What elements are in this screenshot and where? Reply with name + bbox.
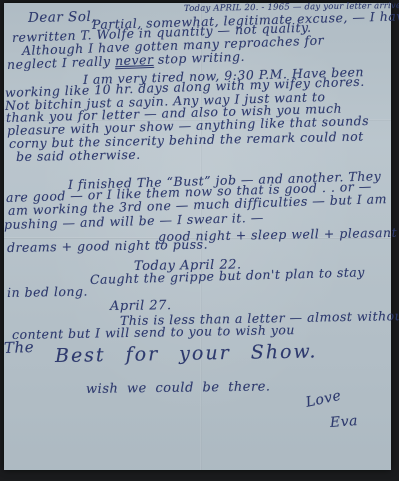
handwriting-line: dreams + good night to puss. bbox=[7, 236, 208, 255]
underlined-word: never bbox=[115, 52, 154, 69]
letter-paper: Today APRIL 20. - 1965 — day your letter… bbox=[4, 3, 391, 470]
handwriting-line: content but I will send to you to wish y… bbox=[12, 322, 295, 342]
letter-scan: Today APRIL 20. - 1965 — day your letter… bbox=[0, 0, 399, 481]
salutation: Dear Sol, bbox=[28, 9, 96, 26]
signature-name: Eva bbox=[329, 413, 358, 431]
line-text: neglect I really bbox=[7, 53, 116, 72]
handwriting-line: be said otherwise. bbox=[16, 147, 141, 164]
handwriting-line: wish we could be there. bbox=[86, 379, 271, 397]
line-text: stop writing. bbox=[153, 49, 245, 67]
emphasized-line: Best for your Show. bbox=[55, 340, 318, 367]
handwriting-line: The bbox=[4, 338, 35, 357]
handwriting-line: Caught the grippe but don't plan to stay bbox=[90, 264, 365, 287]
handwriting-line: in bed long. bbox=[7, 284, 88, 300]
signature-closing: Love bbox=[304, 388, 342, 411]
